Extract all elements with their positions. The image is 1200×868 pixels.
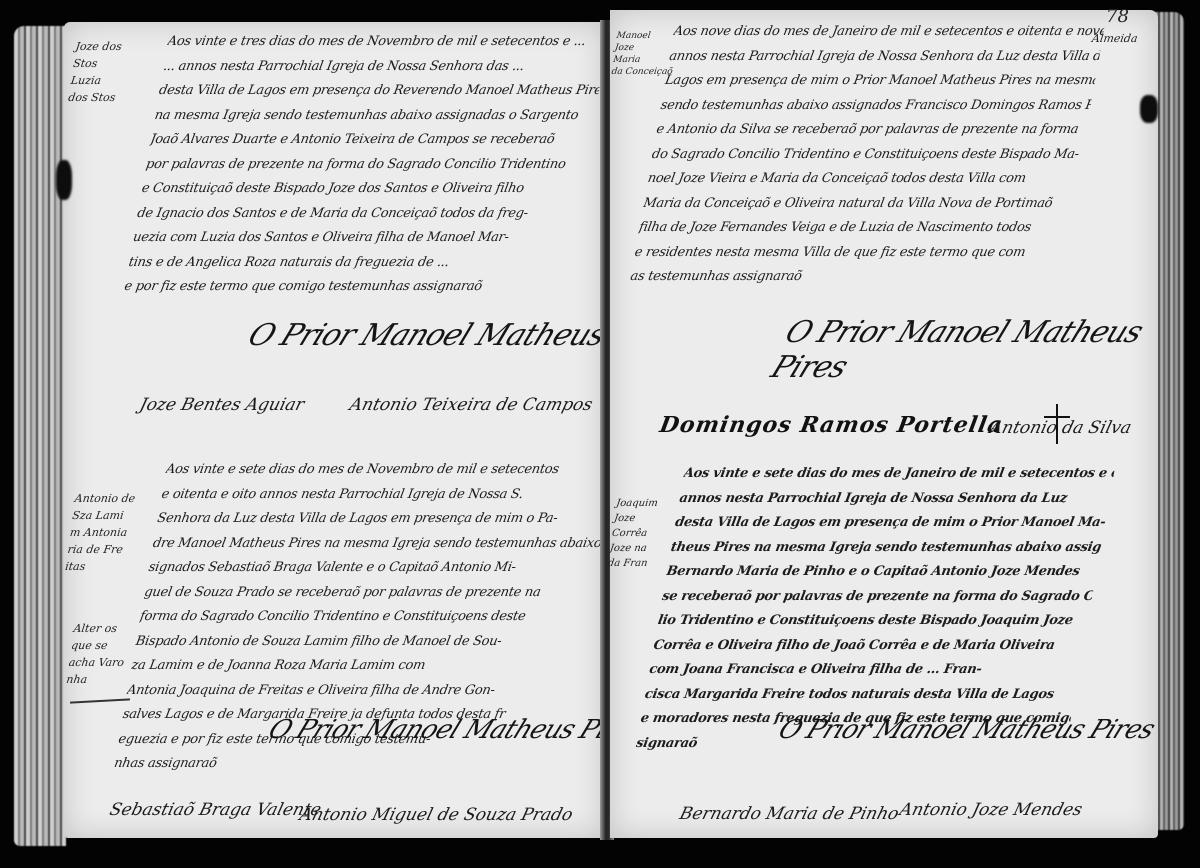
- right-witness-signature-1: Domingos Ramos Portella: [658, 412, 1005, 438]
- left-witness-signature-1: Joze Bentes Aguiar: [138, 395, 307, 415]
- left-page-edges: [14, 26, 66, 846]
- ink-blot: [1140, 95, 1158, 123]
- left-bottom-witness-2: Antonio Miguel de Souza Prado: [298, 805, 575, 825]
- right-entry-2-signature: O Prior Manoel Matheus Pires: [774, 715, 1159, 745]
- right-entry-1-body: Aos nove dias do mes de Janeiro de mil e…: [628, 20, 1106, 290]
- manuscript-photo: Joze dos Stos Luzia dos Stos Aos vinte e…: [0, 0, 1200, 868]
- right-bottom-witness-1: Bernardo Maria de Pinho: [678, 804, 901, 824]
- right-entry-1-signature: O Prior Manoel Matheus Pires: [766, 315, 1200, 385]
- left-entry-2-margin-note-2: Alter os que se acha Varo nha: [65, 620, 130, 688]
- right-witness-signature-2: Antonio da Silva: [988, 418, 1134, 438]
- folio-number: 78: [1106, 6, 1129, 27]
- left-entry-2-signature: O Prior Manoel Matheus Pires: [264, 715, 649, 745]
- cross-mark-icon: [1056, 404, 1058, 444]
- ink-blot: [56, 160, 72, 200]
- left-entry-1-margin-note: Joze dos Stos Luzia dos Stos: [67, 38, 124, 106]
- right-bottom-witness-2: Antonio Joze Mendes: [898, 800, 1085, 820]
- left-entry-2-margin-note: Antonio de Sza Lami m Antonia ria de Fre…: [64, 490, 136, 575]
- left-witness-signature-2: Antonio Teixeira de Campos: [348, 395, 595, 415]
- left-entry-1-body: Aos vinte e tres dias do mes de Novembro…: [122, 30, 610, 300]
- right-entry-2-body: Aos vinte e sete dias do mes de Janeiro …: [634, 462, 1116, 756]
- left-bottom-witness-1: Sebastiaõ Braga Valente: [108, 800, 324, 820]
